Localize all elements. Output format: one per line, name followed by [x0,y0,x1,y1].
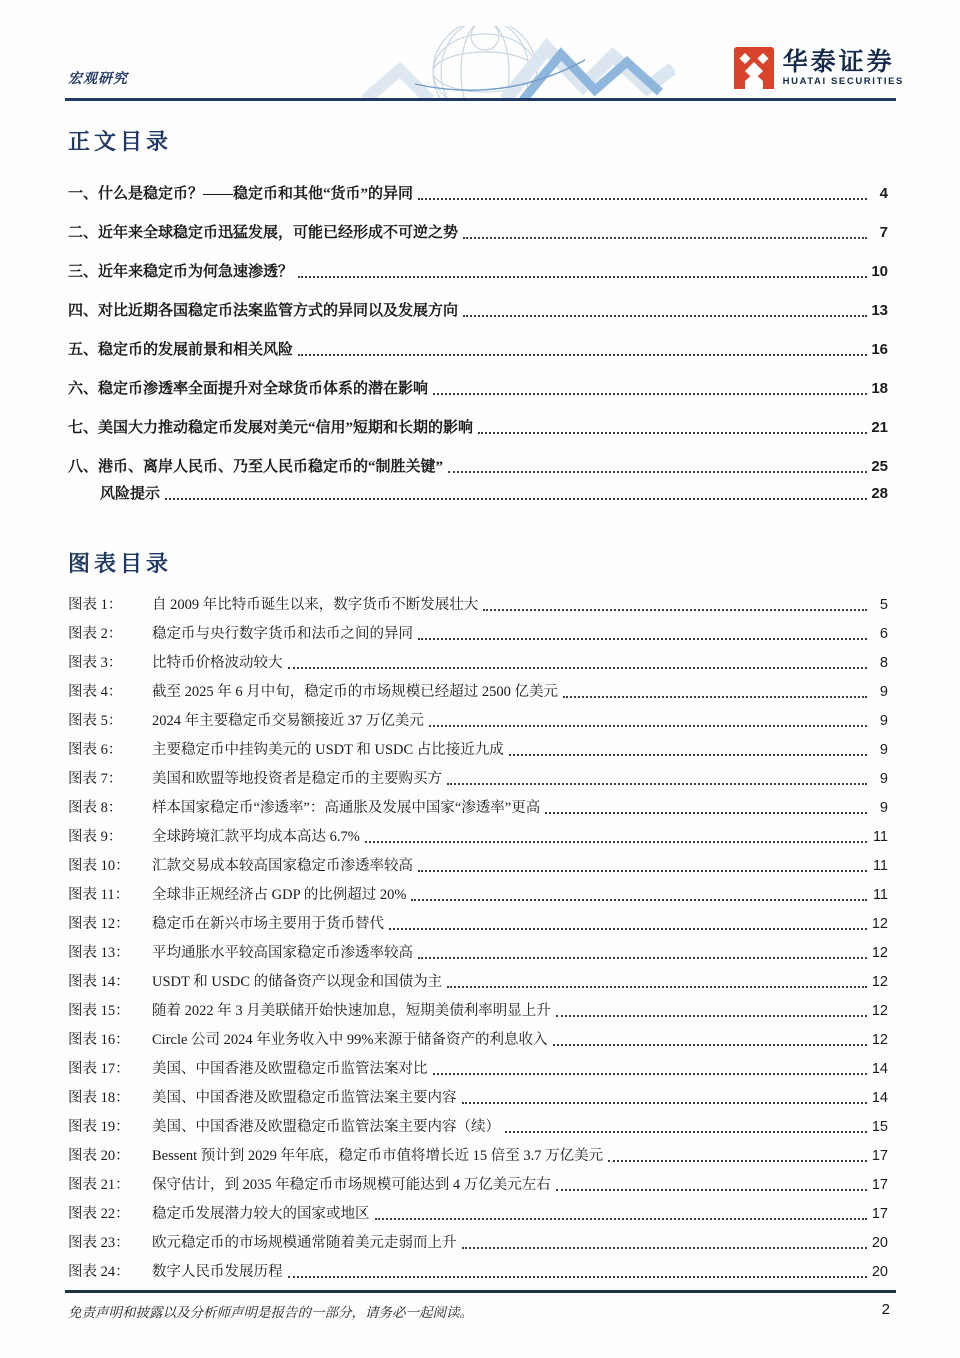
figure-entry-label: 主要稳定币中挂钩美元的 USDT 和 USDC 占比接近九成 [152,742,504,759]
footer-disclaimer: 免责声明和披露以及分析师声明是报告的一部分，请务必一起阅读。 [68,1301,473,1321]
figure-entry-label: 样本国家稳定币“渗透率”：高通胀及发展中国家“渗透率”更高 [152,800,540,817]
entry-page-number: 16 [870,341,888,359]
entry-page-number: 13 [870,302,888,320]
figure-entry-number: 图表 12： [68,916,152,933]
figure-entry[interactable]: 图表 18：美国、中国香港及欧盟稳定币监管法案主要内容14 [68,1090,888,1107]
leader-dots [288,1276,868,1278]
figure-entry-number: 图表 3： [68,655,152,672]
figure-entry-number: 图表 6： [68,742,152,759]
leader-dots [165,498,867,500]
leader-dots [448,471,867,473]
figure-entry-label: 美国、中国香港及欧盟稳定币监管法案主要内容 [152,1090,457,1107]
toc-entry-label: 四、对比近期各国稳定币法案监管方式的异同以及发展方向 [68,302,458,320]
figure-entry-number: 图表 23： [68,1235,152,1252]
figure-entry-label: 2024 年主要稳定币交易额接近 37 万亿美元 [152,713,424,730]
figure-entry-number: 图表 18： [68,1090,152,1107]
figure-entry[interactable]: 图表 13：平均通胀水平较高国家稳定币渗透率较高12 [68,945,888,962]
figure-entry-number: 图表 5： [68,713,152,730]
globe-art-icon [355,26,675,100]
figure-entry-number: 图表 8： [68,800,152,817]
leader-dots [462,1102,868,1104]
figure-entry-label: 稳定币发展潜力较大的国家或地区 [152,1206,370,1223]
figure-entry[interactable]: 图表 1：自 2009 年比特币诞生以来，数字货币不断发展壮大5 [68,597,888,614]
leader-dots [505,1131,867,1133]
entry-page-number: 9 [870,684,888,701]
toc-title: 正文目录 [68,125,888,156]
brand-logo: 华泰证券 HUATAI SECURITIES [733,46,904,90]
figure-entry-number: 图表 1： [68,597,152,614]
figures-title: 图表目录 [68,547,888,578]
entry-page-number: 6 [870,626,888,643]
toc-entry-label: 七、美国大力推动稳定币发展对美元“信用”短期和长期的影响 [68,419,473,437]
figure-entry-number: 图表 22： [68,1206,152,1223]
entry-page-number: 17 [870,1206,888,1223]
figure-entry[interactable]: 图表 6：主要稳定币中挂钩美元的 USDT 和 USDC 占比接近九成9 [68,742,888,759]
toc-entry[interactable]: 二、近年来全球稳定币迅猛发展，可能已经形成不可逆之势7 [68,224,888,242]
entry-page-number: 17 [870,1148,888,1165]
figure-entry-label: 稳定币与央行数字货币和法币之间的异同 [152,626,413,643]
header-decoration [355,26,675,100]
page-header: 宏观研究 [0,0,960,100]
page-footer: 免责声明和披露以及分析师声明是报告的一部分，请务必一起阅读。 2 [68,1301,890,1321]
toc-entry-label: 一、什么是稳定币？——稳定币和其他“货币”的异同 [68,185,413,203]
figure-entry-number: 图表 21： [68,1177,152,1194]
figure-entry-label: 全球跨境汇款平均成本高达 6.7% [152,829,360,846]
entry-page-number: 12 [870,916,888,933]
entry-page-number: 5 [870,597,888,614]
leader-dots [447,986,867,988]
figure-entry[interactable]: 图表 19：美国、中国香港及欧盟稳定币监管法案主要内容（续）15 [68,1119,888,1136]
entry-page-number: 9 [870,742,888,759]
brand-text: 华泰证券 HUATAI SECURITIES [783,49,904,88]
leader-dots [288,667,868,669]
figure-entry-label: 保守估计，到 2035 年稳定币市场规模可能达到 4 万亿美元左右 [152,1177,551,1194]
figure-entry[interactable]: 图表 8：样本国家稳定币“渗透率”：高通胀及发展中国家“渗透率”更高9 [68,800,888,817]
figure-entry-label: 稳定币在新兴市场主要用于货币替代 [152,916,384,933]
figure-entry[interactable]: 图表 22：稳定币发展潜力较大的国家或地区17 [68,1206,888,1223]
entry-page-number: 11 [870,829,888,846]
toc-entry[interactable]: 五、稳定币的发展前景和相关风险16 [68,341,888,359]
figure-entry[interactable]: 图表 2：稳定币与央行数字货币和法币之间的异同6 [68,626,888,643]
leader-dots [447,783,867,785]
leader-dots [608,1160,867,1162]
toc-list: 一、什么是稳定币？——稳定币和其他“货币”的异同4二、近年来全球稳定币迅猛发展，… [68,185,888,503]
entry-page-number: 9 [870,800,888,817]
leader-dots [365,841,867,843]
leader-dots [418,870,867,872]
toc-entry[interactable]: 风险提示28 [100,485,888,503]
footer-page-number: 2 [882,1301,890,1318]
figures-list: 图表 1：自 2009 年比特币诞生以来，数字货币不断发展壮大5图表 2：稳定币… [68,597,888,1281]
entry-page-number: 9 [870,771,888,788]
entry-page-number: 14 [870,1090,888,1107]
leader-dots [418,957,867,959]
leader-dots [418,198,867,200]
entry-page-number: 20 [870,1264,888,1281]
figure-entry[interactable]: 图表 12：稳定币在新兴市场主要用于货币替代12 [68,916,888,933]
toc-content: 正文目录 一、什么是稳定币？——稳定币和其他“货币”的异同4二、近年来全球稳定币… [0,125,960,1281]
toc-entry-label: 六、稳定币渗透率全面提升对全球货币体系的潜在影响 [68,380,428,398]
entry-page-number: 11 [870,858,888,875]
figure-entry-number: 图表 14： [68,974,152,991]
toc-entry[interactable]: 三、近年来稳定币为何急速渗透？10 [68,263,888,281]
leader-dots [563,696,867,698]
entry-page-number: 14 [870,1061,888,1078]
toc-entry-label: 八、港币、离岸人民币、乃至人民币稳定币的“制胜关键” [68,458,443,476]
figure-entry-label: 自 2009 年比特币诞生以来，数字货币不断发展壮大 [152,597,478,614]
toc-entry-label: 五、稳定币的发展前景和相关风险 [68,341,293,359]
report-category-label: 宏观研究 [68,68,128,88]
figure-entry[interactable]: 图表 14：USDT 和 USDC 的储备资产以现金和国债为主12 [68,974,888,991]
figure-entry-number: 图表 2： [68,626,152,643]
figure-entry[interactable]: 图表 10：汇款交易成本较高国家稳定币渗透率较高11 [68,858,888,875]
figure-entry-label: 美国、中国香港及欧盟稳定币监管法案主要内容（续） [152,1119,500,1136]
figure-entry-label: Circle 公司 2024 年业务收入中 99%来源于储备资产的利息收入 [152,1032,548,1049]
figure-entry[interactable]: 图表 23：欧元稳定币的市场规模通常随着美元走弱而上升20 [68,1235,888,1252]
figure-entry-label: 平均通胀水平较高国家稳定币渗透率较高 [152,945,413,962]
huatai-logo-icon [733,46,775,90]
entry-page-number: 9 [870,713,888,730]
figure-entry-number: 图表 16： [68,1032,152,1049]
entry-page-number: 4 [870,185,888,203]
figure-entry[interactable]: 图表 9：全球跨境汇款平均成本高达 6.7%11 [68,829,888,846]
report-page: 宏观研究 [0,0,960,1358]
leader-dots [429,725,867,727]
entry-page-number: 20 [870,1235,888,1252]
figure-entry-number: 图表 4： [68,684,152,701]
figure-entry[interactable]: 图表 5：2024 年主要稳定币交易额接近 37 万亿美元9 [68,713,888,730]
entry-page-number: 10 [870,263,888,281]
leader-dots [545,812,867,814]
figure-entry[interactable]: 图表 3：比特币价格波动较大8 [68,655,888,672]
toc-entry[interactable]: 四、对比近期各国稳定币法案监管方式的异同以及发展方向13 [68,302,888,320]
entry-page-number: 11 [870,887,888,904]
toc-entry-label: 风险提示 [100,485,160,503]
figure-entry-label: 随着 2022 年 3 月美联储开始快速加息，短期美债利率明显上升 [152,1003,551,1020]
toc-entry[interactable]: 六、稳定币渗透率全面提升对全球货币体系的潜在影响18 [68,380,888,398]
leader-dots [298,276,867,278]
figure-entry-number: 图表 10： [68,858,152,875]
figure-entry-label: 美国、中国香港及欧盟稳定币监管法案对比 [152,1061,428,1078]
figure-entry-label: 比特币价格波动较大 [152,655,283,672]
figure-entry-label: 汇款交易成本较高国家稳定币渗透率较高 [152,858,413,875]
entry-page-number: 12 [870,974,888,991]
figure-entry[interactable]: 图表 24：数字人民币发展历程20 [68,1264,888,1281]
figure-entry[interactable]: 图表 16：Circle 公司 2024 年业务收入中 99%来源于储备资产的利… [68,1032,888,1049]
leader-dots [389,928,867,930]
figure-entry-number: 图表 20： [68,1148,152,1165]
leader-dots [556,1015,867,1017]
entry-page-number: 21 [870,419,888,437]
figure-entry[interactable]: 图表 15：随着 2022 年 3 月美联储开始快速加息，短期美债利率明显上升1… [68,1003,888,1020]
entry-page-number: 28 [870,485,888,503]
leader-dots [463,237,867,239]
entry-page-number: 8 [870,655,888,672]
footer-divider [65,1290,896,1293]
entry-page-number: 17 [870,1177,888,1194]
figure-entry-label: Bessent 预计到 2029 年年底，稳定币市值将增长近 15 倍至 3.7… [152,1148,603,1165]
figure-entry[interactable]: 图表 4：截至 2025 年 6 月中旬，稳定币的市场规模已经超过 2500 亿… [68,684,888,701]
leader-dots [298,354,867,356]
figure-entry-number: 图表 7： [68,771,152,788]
header-divider [65,98,896,101]
leader-dots [418,638,867,640]
leader-dots [509,754,867,756]
leader-dots [556,1189,867,1191]
leader-dots [478,432,867,434]
entry-page-number: 25 [870,458,888,476]
figure-entry[interactable]: 图表 17：美国、中国香港及欧盟稳定币监管法案对比14 [68,1061,888,1078]
figure-entry-number: 图表 13： [68,945,152,962]
figure-entry[interactable]: 图表 7：美国和欧盟等地投资者是稳定币的主要购买方9 [68,771,888,788]
toc-entry[interactable]: 七、美国大力推动稳定币发展对美元“信用”短期和长期的影响21 [68,419,888,437]
entry-page-number: 12 [870,945,888,962]
brand-name-en: HUATAI SECURITIES [783,76,904,87]
figure-entry-label: 全球非正规经济占 GDP 的比例超过 20% [152,887,406,904]
figure-entry-label: 截至 2025 年 6 月中旬，稳定币的市场规模已经超过 2500 亿美元 [152,684,558,701]
figure-entry-number: 图表 19： [68,1119,152,1136]
figure-entry-number: 图表 9： [68,829,152,846]
leader-dots [433,393,867,395]
figure-entry[interactable]: 图表 21：保守估计，到 2035 年稳定币市场规模可能达到 4 万亿美元左右1… [68,1177,888,1194]
leader-dots [483,609,867,611]
entry-page-number: 7 [870,224,888,242]
entry-page-number: 18 [870,380,888,398]
toc-entry-label: 三、近年来稳定币为何急速渗透？ [68,263,293,281]
leader-dots [462,1247,868,1249]
entry-page-number: 15 [870,1119,888,1136]
figure-entry-number: 图表 15： [68,1003,152,1020]
figure-entry-label: 数字人民币发展历程 [152,1264,283,1281]
toc-entry[interactable]: 一、什么是稳定币？——稳定币和其他“货币”的异同4 [68,185,888,203]
leader-dots [375,1218,868,1220]
leader-dots [553,1044,867,1046]
figure-entry-number: 图表 24： [68,1264,152,1281]
figure-entry[interactable]: 图表 20：Bessent 预计到 2029 年年底，稳定币市值将增长近 15 … [68,1148,888,1165]
leader-dots [463,315,867,317]
entry-page-number: 12 [870,1032,888,1049]
toc-entry-label: 二、近年来全球稳定币迅猛发展，可能已经形成不可逆之势 [68,224,458,242]
brand-name-cn: 华泰证券 [783,49,904,77]
figure-entry-label: 欧元稳定币的市场规模通常随着美元走弱而上升 [152,1235,457,1252]
figure-entry-number: 图表 17： [68,1061,152,1078]
figure-entry-number: 图表 11： [68,887,152,904]
leader-dots [433,1073,868,1075]
leader-dots [411,899,867,901]
toc-entry[interactable]: 八、港币、离岸人民币、乃至人民币稳定币的“制胜关键”25 [68,458,888,476]
figure-entry-label: USDT 和 USDC 的储备资产以现金和国债为主 [152,974,442,991]
figure-entry-label: 美国和欧盟等地投资者是稳定币的主要购买方 [152,771,442,788]
figure-entry[interactable]: 图表 11：全球非正规经济占 GDP 的比例超过 20%11 [68,887,888,904]
entry-page-number: 12 [870,1003,888,1020]
